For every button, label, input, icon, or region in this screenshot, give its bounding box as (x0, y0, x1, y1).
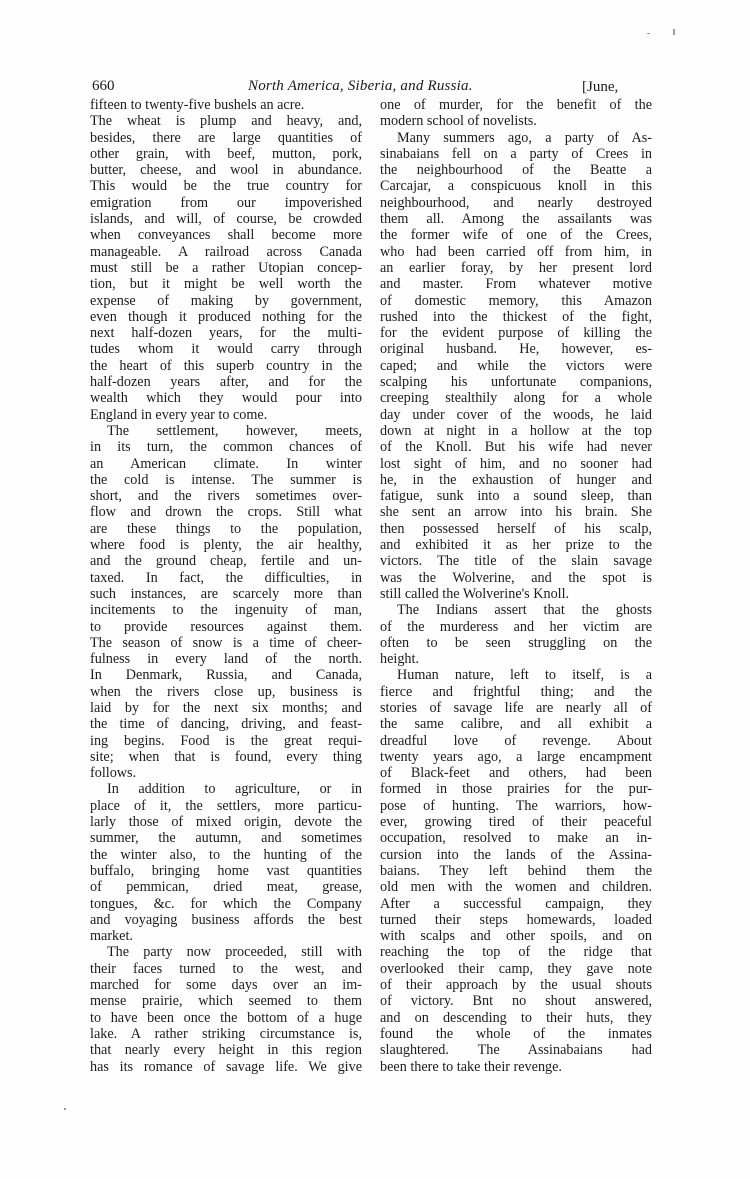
text-line: caped; and while the victors were (380, 358, 652, 374)
text-line: besides, there are large quantities of (90, 130, 362, 146)
text-line: After a successful campaign, they (380, 896, 652, 912)
text-line: incitements to the ingenuity of man, (90, 602, 362, 618)
text-line: who had been carried off from him, in (380, 244, 652, 260)
text-line: tion, but it might be well worth the (90, 276, 362, 292)
text-line: manageable. A railroad across Canada (90, 244, 362, 260)
text-line: and the ground cheap, fertile and un- (90, 553, 362, 569)
text-line: victors. The title of the slain savage (380, 553, 652, 569)
text-line: such instances, are scarcely more than (90, 586, 362, 602)
text-line: the cold is intense. The summer is (90, 472, 362, 488)
scan-speck (647, 33, 650, 34)
text-line: still called the Wolverine's Knoll. (380, 586, 652, 602)
text-line: laid by for the next six months; and (90, 700, 362, 716)
text-line: to provide resources against them. (90, 619, 362, 635)
text-line: that nearly every height in this region (90, 1042, 362, 1058)
text-line: tongues, &c. for which the Company (90, 896, 362, 912)
text-line: in its turn, the common chances of (90, 439, 362, 455)
text-line: lost sight of him, and no sooner had (380, 456, 652, 472)
text-line: larly those of mixed origin, devote the (90, 814, 362, 830)
scan-speck (64, 1108, 66, 1110)
text-line: baians. They left behind them the (380, 863, 652, 879)
scan-speck (673, 29, 675, 35)
text-line: next half-dozen years, for the multi- (90, 325, 362, 341)
text-line: down at night in a hollow at the top (380, 423, 652, 439)
text-line: rushed into the thickest of the fight, (380, 309, 652, 325)
text-line: to have been once the bottom of a huge (90, 1010, 362, 1026)
text-line: This would be the true country for (90, 178, 362, 194)
text-line: an earlier foray, by her present lord (380, 260, 652, 276)
text-line: fifteen to twenty-five bushels an acre. (90, 97, 362, 113)
text-line: where food is plenty, the air healthy, (90, 537, 362, 553)
text-line: must still be a rather Utopian concep- (90, 260, 362, 276)
text-line: when conveyances shall become more (90, 227, 362, 243)
text-line: Many summers ago, a party of As- (380, 130, 652, 146)
text-line: their faces turned to the west, and (90, 961, 362, 977)
text-line: height. (380, 651, 652, 667)
text-line: occupation, resolved to make an in- (380, 830, 652, 846)
text-line: of the Knoll. But his wife had never (380, 439, 652, 455)
text-line: the winter also, to the hunting of the (90, 847, 362, 863)
text-line: the heart of this superb country in the (90, 358, 362, 374)
text-line: mense prairie, which seemed to them (90, 993, 362, 1009)
text-line: are these things to the population, (90, 521, 362, 537)
text-line: dreadful love of revenge. About (380, 733, 652, 749)
text-line: market. (90, 928, 362, 944)
text-line: and on descending to their huts, they (380, 1010, 652, 1026)
text-line: The season of snow is a time of cheer- (90, 635, 362, 651)
text-line: creeping stealthily along for a whole (380, 390, 652, 406)
text-line: scalping his unfortunate companions, (380, 374, 652, 390)
text-line: summer, the autumn, and sometimes (90, 830, 362, 846)
text-line: original husband. He, however, es- (380, 341, 652, 357)
text-line: of pemmican, dried meat, grease, (90, 879, 362, 895)
text-line: follows. (90, 765, 362, 781)
text-line: the same calibre, and all exhibit a (380, 716, 652, 732)
text-line: was the Wolverine, and the spot is (380, 570, 652, 586)
text-line: marched for some days over an im- (90, 977, 362, 993)
text-line: taxed. In fact, the difficulties, in (90, 570, 362, 586)
running-header: 660 North America, Siberia, and Russia. … (88, 78, 658, 98)
text-line: place of it, the settlers, more particu- (90, 798, 362, 814)
text-line: and voyaging business affords the best (90, 912, 362, 928)
right-text-column: one of murder, for the benefit of themod… (380, 97, 652, 1075)
text-line: stories of savage life are nearly all of (380, 700, 652, 716)
text-line: pose of hunting. The warriors, how- (380, 798, 652, 814)
text-line: ever, growing tired of their peaceful (380, 814, 652, 830)
text-line: turned their steps homewards, loaded (380, 912, 652, 928)
text-line: of domestic memory, this Amazon (380, 293, 652, 309)
text-line: neighbourhood, and nearly destroyed (380, 195, 652, 211)
text-line: when the rivers close up, business is (90, 684, 362, 700)
text-line: half-dozen years after, and for the (90, 374, 362, 390)
issue-date: [June, (582, 79, 618, 96)
text-line: Carcajar, a conspicuous knoll in this (380, 178, 652, 194)
text-line: she sent an arrow into his brain. She (380, 504, 652, 520)
text-line: modern school of novelists. (380, 113, 652, 129)
text-line: for the evident purpose of killing the (380, 325, 652, 341)
text-line: The party now proceeded, still with (90, 944, 362, 960)
text-line: of victory. Bnt no shout answered, (380, 993, 652, 1009)
text-line: been there to take their revenge. (380, 1059, 652, 1075)
text-line: the neighbourhood of the Beatte a (380, 162, 652, 178)
text-line: of the murderess and her victim are (380, 619, 652, 635)
text-line: The settlement, however, meets, (90, 423, 362, 439)
text-line: emigration from our impoverished (90, 195, 362, 211)
text-line: often to be seen struggling on the (380, 635, 652, 651)
text-line: Human nature, left to itself, is a (380, 667, 652, 683)
text-line: of their approach by the usual shouts (380, 977, 652, 993)
text-line: butter, cheese, and wool in abundance. (90, 162, 362, 178)
text-line: flow and drown the crops. Still what (90, 504, 362, 520)
text-line: one of murder, for the benefit of the (380, 97, 652, 113)
text-line: slaughtered. The Assinabaians had (380, 1042, 652, 1058)
text-line: the time of dancing, driving, and feast- (90, 716, 362, 732)
text-line: islands, and will, of course, be crowded (90, 211, 362, 227)
page-number: 660 (92, 78, 115, 95)
left-text-column: fifteen to twenty-five bushels an acre.T… (90, 97, 362, 1075)
text-line: In Denmark, Russia, and Canada, (90, 667, 362, 683)
text-line: fierce and frightful thing; and the (380, 684, 652, 700)
text-line: reaching the top of the ridge that (380, 944, 652, 960)
text-line: the former wife of one of the Crees, (380, 227, 652, 243)
text-line: then possessed herself of his scalp, (380, 521, 652, 537)
text-line: wealth which they would pour into (90, 390, 362, 406)
text-line: lake. A rather striking circumstance is, (90, 1026, 362, 1042)
text-line: The wheat is plump and heavy, and, (90, 113, 362, 129)
text-line: he, in the exhaustion of hunger and (380, 472, 652, 488)
text-line: old men with the women and children. (380, 879, 652, 895)
text-line: and master. From whatever motive (380, 276, 652, 292)
text-line: buffalo, bringing home vast quantities (90, 863, 362, 879)
text-line: and exhibited it as her prize to the (380, 537, 652, 553)
text-line: fatigue, sunk into a sound sleep, than (380, 488, 652, 504)
text-line: twenty years ago, a large encampment (380, 749, 652, 765)
text-line: site; when that is found, every thing (90, 749, 362, 765)
text-line: tudes whom it would carry through (90, 341, 362, 357)
text-line: expense of making by government, (90, 293, 362, 309)
text-line: England in every year to come. (90, 407, 362, 423)
text-line: sinabaians fell on a party of Crees in (380, 146, 652, 162)
text-line: day under cover of the woods, he laid (380, 407, 652, 423)
text-line: fulness in every land of the north. (90, 651, 362, 667)
text-line: found the whole of the inmates (380, 1026, 652, 1042)
text-line: cursion into the lands of the Assina- (380, 847, 652, 863)
scanned-book-page: 660 North America, Siberia, and Russia. … (0, 0, 750, 1179)
text-line: The Indians assert that the ghosts (380, 602, 652, 618)
text-line: of Black-feet and others, had been (380, 765, 652, 781)
text-line: an American climate. In winter (90, 456, 362, 472)
text-line: has its romance of savage life. We give (90, 1059, 362, 1075)
text-line: even though it produced nothing for the (90, 309, 362, 325)
text-line: short, and the rivers sometimes over- (90, 488, 362, 504)
text-line: ing begins. Food is the great requi- (90, 733, 362, 749)
text-line: them all. Among the assailants was (380, 211, 652, 227)
running-title: North America, Siberia, and Russia. (248, 78, 473, 95)
text-line: In addition to agriculture, or in (90, 781, 362, 797)
text-line: formed in those prairies for the pur- (380, 781, 652, 797)
text-line: other grain, with beef, mutton, pork, (90, 146, 362, 162)
text-line: overlooked their camp, they gave note (380, 961, 652, 977)
text-line: with scalps and other spoils, and on (380, 928, 652, 944)
